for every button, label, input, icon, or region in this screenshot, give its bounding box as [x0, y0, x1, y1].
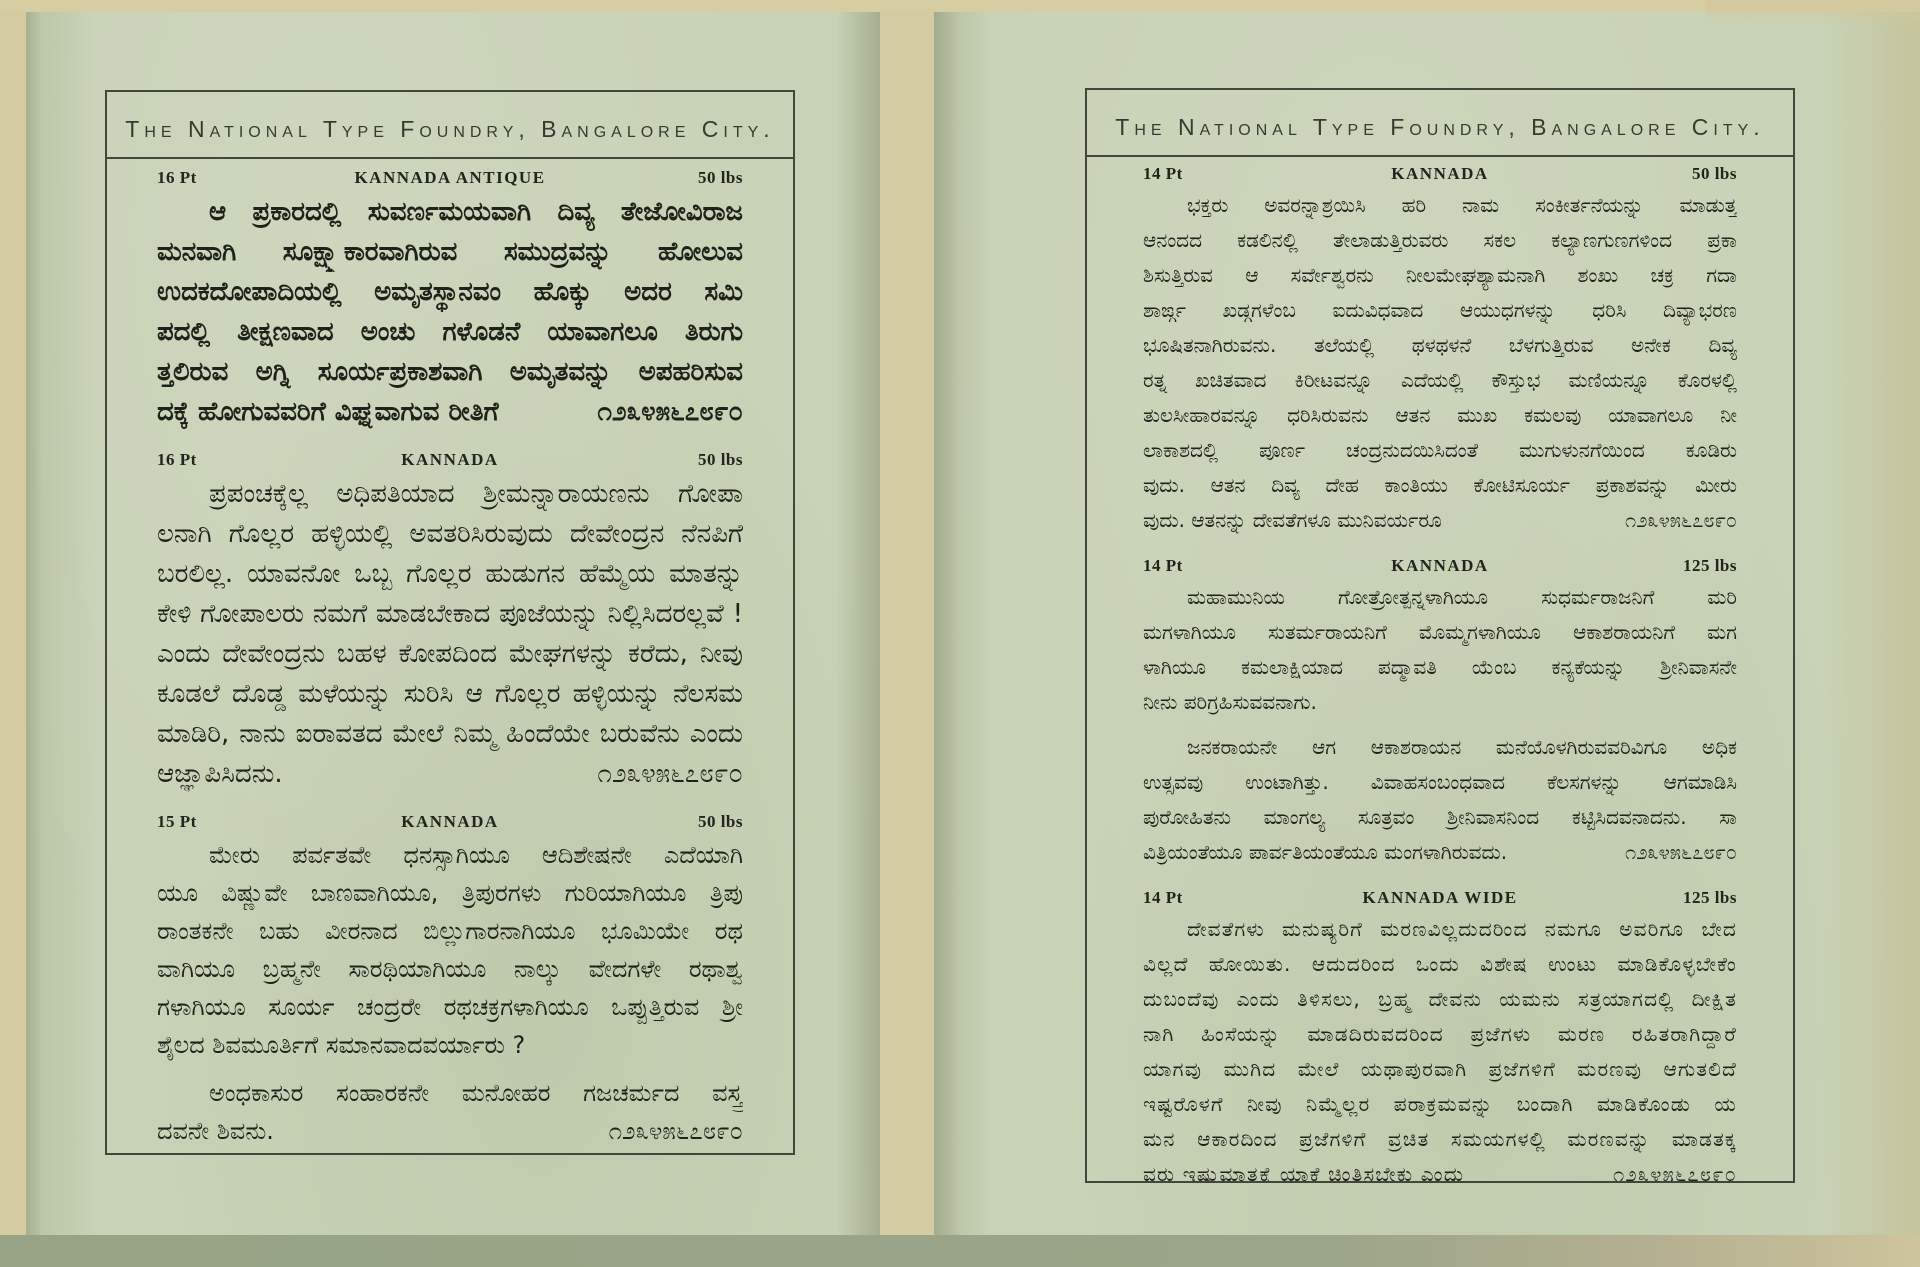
typeface-name: KANNADA [267, 450, 633, 470]
kannada-line: ವುದು. ಆತನನ್ನು ದೇವತೆಗಳೂ ಮುನಿವರ್ಯರೂ೧೨೩೪೫೬೭… [1143, 503, 1737, 538]
kannada-line: ದಕ್ಕೆ ಹೋಗುವವರಿಗೆ ವಿಘ್ನವಾಗುವ ರೀತಿಗೆ೧೨೩೪೫೬… [157, 392, 743, 432]
kannada-line: ದೇವತೆಗಳು ಮನುಷ್ಯರಿಗೆ ಮರಣವಿಲ್ಲದುದರಿಂದ ನಮಗೂ… [1143, 912, 1737, 947]
kannada-line: ಆ ಪ್ರಕಾರದಲ್ಲಿ ಸುವರ್ಣಮಯವಾಗಿ ದಿವ್ಯ ತೇಜೋವಿರ… [157, 192, 743, 232]
kannada-line: ಶಾರ್ಙ್ಗ ಖಡ್ಗಗಳೆಂಬ ಐದುವಿಧವಾದ ಆಯುಧಗಳನ್ನು ಧ… [1143, 293, 1737, 328]
kannada-line: ತುಲಸೀಹಾರವನ್ನೂ ಧರಿಸಿರುವನು ಆತನ ಮುಖ ಕಮಲವು ಯ… [1143, 398, 1737, 433]
kannada-line-text: ದವನೇ ಶಿವನು. [157, 1112, 274, 1150]
typeface-name: KANNADA WIDE [1253, 888, 1627, 908]
kannada-paragraph: ಮಹಾಮುನಿಯ ಗೋತ್ರೋತ್ಪನ್ನಳಾಗಿಯೂ ಸುಧರ್ಮರಾಜನಿಗ… [1143, 580, 1737, 720]
kannada-line: ಶಿಸುತ್ತಿರುವ ಆ ಸರ್ವೇಶ್ವರನು ನೀಲಮೇಘಶ್ಯಾಮನಾಗ… [1143, 258, 1737, 293]
kannada-numerals: ೧೨೩೪೫೬೭೮೯೦ [1613, 1157, 1737, 1183]
right-page-frame: The National Type Foundry, Bangalore Cit… [1085, 88, 1795, 1183]
kannada-line: ತ್ತಲಿರುವ ಅಗ್ನಿ ಸೂರ್ಯಪ್ರಕಾಶವಾಗಿ ಅಮೃತವನ್ನು… [157, 352, 743, 392]
kannada-line: ಉತ್ಸವವು ಉಂಟಾಗಿತ್ತು. ವಿವಾಹಸಂಬಂಧವಾದ ಕೆಲಸಗಳ… [1143, 765, 1737, 800]
kannada-line: ಶೈಲದ ಶಿವಮೂರ್ತಿಗೆ ಸಮಾನವಾದವರ್ಯಾರು ? [157, 1026, 743, 1064]
specimen-text: ಭಕ್ತರು ಅವರನ್ನಾಶ್ರಯಿಸಿ ಹರಿ ನಾಮ ಸಂಕೀರ್ತನೆಯ… [1143, 188, 1737, 538]
page-corner-highlight [1705, 0, 1920, 30]
kannada-numerals: ೧೨೩೪೫೬೭೮೯೦ [1625, 503, 1737, 538]
kannada-paragraph: ಮೇರು ಪರ್ವತವೇ ಧನಸ್ಸಾಗಿಯೂ ಆದಿಶೇಷನೇ ಎದೆಯಾಗಿ… [157, 836, 743, 1064]
specimen-text: ಆ ಪ್ರಕಾರದಲ್ಲಿ ಸುವರ್ಣಮಯವಾಗಿ ದಿವ್ಯ ತೇಜೋವಿರ… [157, 192, 743, 432]
weight-label: 50 lbs [1627, 164, 1737, 184]
weight-label: 50 lbs [633, 450, 743, 470]
kannada-line: ಜನಕರಾಯನೇ ಆಗ ಆಕಾಶರಾಯನ ಮನೆಯೊಳಗಿರುವವರಿವಿಗೂ … [1143, 730, 1737, 765]
kannada-numerals: ೧೨೩೪೫೬೭೮೯೦ [1625, 835, 1737, 870]
typeface-name: KANNADA ANTIQUE [267, 168, 633, 188]
specimen-section: 14 Pt KANNADA 50 lbs ಭಕ್ತರು ಅವರನ್ನಾಶ್ರಯಿ… [1143, 164, 1737, 538]
kannada-line: ಉದಕದೋಪಾದಿಯಲ್ಲಿ ಅಮೃತಸ್ಥಾನವಂ ಹೊಕ್ಕು ಅದರ ಸಮ… [157, 272, 743, 312]
kannada-line: ನೀನು ಪರಿಗ್ರಹಿಸುವವನಾಗು. [1143, 685, 1737, 720]
right-page-sections: 14 Pt KANNADA 50 lbs ಭಕ್ತರು ಅವರನ್ನಾಶ್ರಯಿ… [1143, 164, 1737, 1183]
weight-label: 50 lbs [633, 168, 743, 188]
kannada-line: ವರು ಇಷ್ಟುಮಾತ್ರಕ್ಕೆ ಯಾಕೆ ಚಿಂತಿಸಬೇಕು ಎಂದು೧… [1143, 1157, 1737, 1183]
kannada-paragraph: ಭಕ್ತರು ಅವರನ್ನಾಶ್ರಯಿಸಿ ಹರಿ ನಾಮ ಸಂಕೀರ್ತನೆಯ… [1143, 188, 1737, 538]
point-size-label: 15 Pt [157, 812, 267, 832]
point-size-label: 16 Pt [157, 450, 267, 470]
kannada-line: ಮಾಡಿರಿ, ನಾನು ಐರಾವತದ ಮೇಲೆ ನಿಮ್ಮ ಹಿಂದೆಯೇ ಬ… [157, 714, 743, 754]
point-size-label: 14 Pt [1143, 164, 1253, 184]
kannada-line: ಪ್ರಪಂಚಕ್ಕೆಲ್ಲ ಅಧಿಪತಿಯಾದ ಶ್ರೀಮನ್ನಾರಾಯಣನು … [157, 474, 743, 514]
kannada-line: ನಾಗಿ ಹಿಂಸೆಯನ್ನು ಮಾಡದಿರುವದರಿಂದ ಪ್ರಜೆಗಳು ಮ… [1143, 1017, 1737, 1052]
kannada-line: ಯೂ ವಿಷ್ಣುವೇ ಬಾಣವಾಗಿಯೂ, ತ್ರಿಪುರಗಳು ಗುರಿಯಾ… [157, 874, 743, 912]
typeface-name: KANNADA [1253, 164, 1627, 184]
kannada-paragraph: ಆ ಪ್ರಕಾರದಲ್ಲಿ ಸುವರ್ಣಮಯವಾಗಿ ದಿವ್ಯ ತೇಜೋವಿರ… [157, 192, 743, 432]
kannada-line: ಮನವಾಗಿ ಸೂಕ್ಷ್ಮಾಕಾರವಾಗಿರುವ ಸಮುದ್ರವನ್ನು ಹೋ… [157, 232, 743, 272]
weight-label: 125 lbs [1627, 556, 1737, 576]
specimen-header-row: 15 Pt KANNADA 50 lbs [157, 812, 743, 834]
kannada-numerals: ೧೨೩೪೫೬೭೮೯೦ [597, 392, 743, 432]
point-size-label: 14 Pt [1143, 888, 1253, 908]
kannada-line-text: ವುದು. ಆತನನ್ನು ದೇವತೆಗಳೂ ಮುನಿವರ್ಯರೂ [1143, 503, 1442, 538]
kannada-line: ರಾಂತಕನೇ ಬಹು ವೀರನಾದ ಬಿಲ್ಲುಗಾರನಾಗಿಯೂ ಭೂಮಿಯ… [157, 912, 743, 950]
kannada-line: ಪುರೋಹಿತನು ಮಾಂಗಲ್ಯ ಸೂತ್ರವಂ ಶ್ರೀನಿವಾಸನಿಂದ … [1143, 800, 1737, 835]
kannada-line: ಆನಂದದ ಕಡಲಿನಲ್ಲಿ ತೇಲಾಡುತ್ತಿರುವರು ಸಕಲ ಕಲ್ಯ… [1143, 223, 1737, 258]
kannada-line: ಮಗಳಾಗಿಯೂ ಸುತರ್ಮರಾಯನಿಗೆ ಮೊಮ್ಮಗಳಾಗಿಯೂ ಆಕಾಶ… [1143, 615, 1737, 650]
book-bottom-edge [0, 1235, 1920, 1267]
kannada-line: ಭೂಷಿತನಾಗಿರುವನು. ತಲೆಯಲ್ಲಿ ಥಳಥಳನೆ ಬೆಳಗುತ್ತ… [1143, 328, 1737, 363]
specimen-header-row: 14 Pt KANNADA WIDE 125 lbs [1143, 888, 1737, 910]
kannada-line-text: ಆಜ್ಞಾಪಿಸಿದನು. [157, 754, 283, 794]
kannada-paragraph: ಪ್ರಪಂಚಕ್ಕೆಲ್ಲ ಅಧಿಪತಿಯಾದ ಶ್ರೀಮನ್ನಾರಾಯಣನು … [157, 474, 743, 794]
book-top-edge [0, 0, 1920, 12]
kannada-line: ಬರಲಿಲ್ಲ. ಯಾವನೋ ಒಬ್ಬ ಗೊಲ್ಲರ ಹುಡುಗನ ಹೆಮ್ಮೆ… [157, 554, 743, 594]
specimen-section: 14 Pt KANNADA 125 lbs ಮಹಾಮುನಿಯ ಗೋತ್ರೋತ್ಪ… [1143, 556, 1737, 870]
kannada-paragraph: ಜನಕರಾಯನೇ ಆಗ ಆಕಾಶರಾಯನ ಮನೆಯೊಳಗಿರುವವರಿವಿಗೂ … [1143, 730, 1737, 870]
specimen-text: ಮೇರು ಪರ್ವತವೇ ಧನಸ್ಸಾಗಿಯೂ ಆದಿಶೇಷನೇ ಎದೆಯಾಗಿ… [157, 836, 743, 1150]
kannada-line: ವಿಲ್ಲದೆ ಹೋಯಿತು. ಆದುದರಿಂದ ಒಂದು ವಿಶೇಷ ಉಂಟು… [1143, 947, 1737, 982]
kannada-line: ವಾಗಿಯೂ ಬ್ರಹ್ಮನೇ ಸಾರಥಿಯಾಗಿಯೂ ನಾಲ್ಕು ವೇದಗಳ… [157, 950, 743, 988]
specimen-text: ಮಹಾಮುನಿಯ ಗೋತ್ರೋತ್ಪನ್ನಳಾಗಿಯೂ ಸುಧರ್ಮರಾಜನಿಗ… [1143, 580, 1737, 870]
kannada-line: ಮನ ಆಕಾರದಿಂದ ಪ್ರಜೆಗಳಿಗೆ ವ್ರಚಿತ ಸಮಯಗಳಲ್ಲಿ … [1143, 1122, 1737, 1157]
specimen-text: ದೇವತೆಗಳು ಮನುಷ್ಯರಿಗೆ ಮರಣವಿಲ್ಲದುದರಿಂದ ನಮಗೂ… [1143, 912, 1737, 1183]
specimen-text: ಪ್ರಪಂಚಕ್ಕೆಲ್ಲ ಅಧಿಪತಿಯಾದ ಶ್ರೀಮನ್ನಾರಾಯಣನು … [157, 474, 743, 794]
specimen-section: 16 Pt KANNADA ANTIQUE 50 lbs ಆ ಪ್ರಕಾರದಲ್… [157, 168, 743, 432]
kannada-line: ಪದಲ್ಲಿ ತೀಕ್ಷಣವಾದ ಅಂಚು ಗಳೊಡನೆ ಯಾವಾಗಲೂ ತಿರ… [157, 312, 743, 352]
kannada-paragraph: ಅಂಧಕಾಸುರ ಸಂಹಾರಕನೇ ಮನೋಹರ ಗಜಚರ್ಮದ ವಸ್ತ್ರದವ… [157, 1074, 743, 1150]
left-page-sections: 16 Pt KANNADA ANTIQUE 50 lbs ಆ ಪ್ರಕಾರದಲ್… [157, 168, 743, 1150]
kannada-line-text: ವರು ಇಷ್ಟುಮಾತ್ರಕ್ಕೆ ಯಾಕೆ ಚಿಂತಿಸಬೇಕು ಎಂದು [1143, 1157, 1464, 1183]
kannada-line: ಎಂದು ದೇವೇಂದ್ರನು ಬಹಳ ಕೋಪದಿಂದ ಮೇಘಗಳನ್ನು ಕರ… [157, 634, 743, 674]
kannada-line: ರತ್ನ ಖಚಿತವಾದ ಕಿರೀಟವನ್ನೂ ಎದೆಯಲ್ಲಿ ಕೌಸ್ತುಭ… [1143, 363, 1737, 398]
point-size-label: 14 Pt [1143, 556, 1253, 576]
kannada-line: ಳಾಗಿಯೂ ಕಮಲಾಕ್ಷಿಯಾದ ಪದ್ಮಾವತಿ ಯೆಂಬ ಕನ್ಯಕೆಯ… [1143, 650, 1737, 685]
specimen-section: 15 Pt KANNADA 50 lbs ಮೇರು ಪರ್ವತವೇ ಧನಸ್ಸಾ… [157, 812, 743, 1150]
weight-label: 50 lbs [633, 812, 743, 832]
foundry-header-title: The National Type Foundry, Bangalore Cit… [107, 92, 793, 159]
kannada-paragraph: ದೇವತೆಗಳು ಮನುಷ್ಯರಿಗೆ ಮರಣವಿಲ್ಲದುದರಿಂದ ನಮಗೂ… [1143, 912, 1737, 1183]
kannada-numerals: ೧೨೩೪೫೬೭೮೯೦ [609, 1112, 743, 1150]
kannada-line: ಮೇರು ಪರ್ವತವೇ ಧನಸ್ಸಾಗಿಯೂ ಆದಿಶೇಷನೇ ಎದೆಯಾಗಿ [157, 836, 743, 874]
specimen-section: 16 Pt KANNADA 50 lbs ಪ್ರಪಂಚಕ್ಕೆಲ್ಲ ಅಧಿಪತ… [157, 450, 743, 794]
kannada-line: ಭಕ್ತರು ಅವರನ್ನಾಶ್ರಯಿಸಿ ಹರಿ ನಾಮ ಸಂಕೀರ್ತನೆಯ… [1143, 188, 1737, 223]
typeface-name: KANNADA [267, 812, 633, 832]
kannada-line: ಇಷ್ಟರೊಳಗೆ ನೀವು ನಿಮ್ಮೆಲ್ಲರ ಪರಾಕ್ರಮವನ್ನು ಬ… [1143, 1087, 1737, 1122]
kannada-line: ಅಂಧಕಾಸುರ ಸಂಹಾರಕನೇ ಮನೋಹರ ಗಜಚರ್ಮದ ವಸ್ತ್ರ [157, 1074, 743, 1112]
kannada-line-text: ದಕ್ಕೆ ಹೋಗುವವರಿಗೆ ವಿಘ್ನವಾಗುವ ರೀತಿಗೆ [157, 392, 499, 432]
specimen-section: 14 Pt KANNADA WIDE 125 lbs ದೇವತೆಗಳು ಮನುಷ… [1143, 888, 1737, 1183]
kannada-line-text: ವಿತ್ರಿಯಂತೆಯೂ ಪಾರ್ವತಿಯಂತೆಯೂ ಮಂಗಳಾಗಿರುವದು. [1143, 835, 1507, 870]
specimen-header-row: 14 Pt KANNADA 125 lbs [1143, 556, 1737, 578]
point-size-label: 16 Pt [157, 168, 267, 188]
kannada-line: ಲಾಕಾಶದಲ್ಲಿ ಪೂರ್ಣ ಚಂದ್ರನುದಯಿಸಿದಂತೆ ಮುಗುಳು… [1143, 433, 1737, 468]
kannada-line: ಆಜ್ಞಾಪಿಸಿದನು.೧೨೩೪೫೬೭೮೯೦ [157, 754, 743, 794]
specimen-header-row: 14 Pt KANNADA 50 lbs [1143, 164, 1737, 186]
left-page-frame: The National Type Foundry, Bangalore Cit… [105, 90, 795, 1155]
kannada-line: ವುದು. ಆತನ ದಿವ್ಯ ದೇಹ ಕಾಂತಿಯು ಕೋಟಿಸೂರ್ಯ ಪ್… [1143, 468, 1737, 503]
kannada-line: ಗಳಾಗಿಯೂ ಸೂರ್ಯ ಚಂದ್ರರೇ ರಥಚಕ್ರಗಳಾಗಿಯೂ ಒಪ್ಪ… [157, 988, 743, 1026]
typeface-name: KANNADA [1253, 556, 1627, 576]
weight-label: 125 lbs [1627, 888, 1737, 908]
specimen-header-row: 16 Pt KANNADA ANTIQUE 50 lbs [157, 168, 743, 190]
foundry-header-title: The National Type Foundry, Bangalore Cit… [1087, 90, 1793, 157]
kannada-line: ಯಾಗವು ಮುಗಿದ ಮೇಲೆ ಯಥಾಪುರವಾಗಿ ಪ್ರಜೆಗಳಿಗೆ ಮ… [1143, 1052, 1737, 1087]
kannada-line: ದವನೇ ಶಿವನು.೧೨೩೪೫೬೭೮೯೦ [157, 1112, 743, 1150]
kannada-line: ಕೂಡಲೆ ದೊಡ್ಡ ಮಳೆಯನ್ನು ಸುರಿಸಿ ಆ ಗೊಲ್ಲರ ಹಳ್… [157, 674, 743, 714]
kannada-line: ದುಬಂದೆವು ಎಂದು ತಿಳಿಸಲು, ಬ್ರಹ್ಮ ದೇವನು ಯಮನು… [1143, 982, 1737, 1017]
specimen-header-row: 16 Pt KANNADA 50 lbs [157, 450, 743, 472]
kannada-line: ಮಹಾಮುನಿಯ ಗೋತ್ರೋತ್ಪನ್ನಳಾಗಿಯೂ ಸುಧರ್ಮರಾಜನಿಗ… [1143, 580, 1737, 615]
kannada-line: ಕೇಳಿ ಗೋಪಾಲರು ನಮಗೆ ಮಾಡಬೇಕಾದ ಪೂಜೆಯನ್ನು ನಿಲ… [157, 594, 743, 634]
kannada-numerals: ೧೨೩೪೫೬೭೮೯೦ [597, 754, 743, 794]
right-page: The National Type Foundry, Bangalore Cit… [934, 12, 1920, 1235]
left-page: The National Type Foundry, Bangalore Cit… [26, 12, 880, 1235]
kannada-line: ಲನಾಗಿ ಗೊಲ್ಲರ ಹಳ್ಳಿಯಲ್ಲಿ ಅವತರಿಸಿರುವುದು ದೇ… [157, 514, 743, 554]
kannada-line: ವಿತ್ರಿಯಂತೆಯೂ ಪಾರ್ವತಿಯಂತೆಯೂ ಮಂಗಳಾಗಿರುವದು.… [1143, 835, 1737, 870]
